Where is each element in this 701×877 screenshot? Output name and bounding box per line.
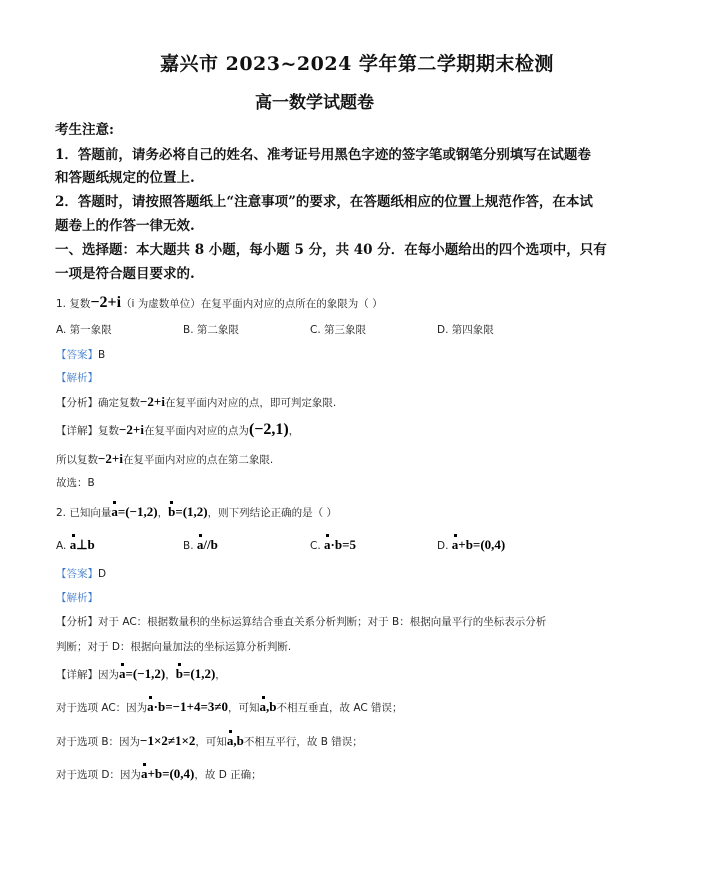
ac-expr: a·b=−1+4=3≠0 bbox=[147, 699, 228, 715]
q2-suffix: ，则下列结论正确的是（ ） bbox=[208, 507, 337, 519]
d-text-a: 对于选项 D：因为 bbox=[56, 769, 141, 781]
q1-choose: 故选：B bbox=[56, 475, 95, 490]
option-expr: a//b bbox=[197, 537, 218, 553]
q1-xiangjie-text-b: 在复平面内对应的点为 bbox=[144, 425, 249, 437]
notice-item2-line1: 2．答题时，请按照答题纸上“注意事项”的要求，在答题纸相应的位置上规范作答，在本… bbox=[55, 190, 593, 210]
q1-option-a: A. 第一象限 bbox=[56, 322, 112, 337]
section-heading-line2: 一项是符合题目要求的. bbox=[55, 262, 195, 282]
q2-option-b-analysis: 对于选项 B：因为−1×2≠1×2，可知a,b不相互平行，故 B 错误； bbox=[56, 733, 363, 749]
q1-expr: −2+i bbox=[90, 294, 121, 311]
q2-stem: 2. 已知向量a=(−1,2)，b=(1,2)，则下列结论正确的是（ ） bbox=[56, 504, 337, 520]
fenxi-tag: 【分析】 bbox=[56, 616, 98, 628]
answer-tag: 【答案】 bbox=[56, 349, 98, 361]
option-label: C. bbox=[310, 540, 321, 552]
q2-fenxi-line2: 判断；对于 D：根据向量加法的坐标运算分析判断. bbox=[56, 639, 291, 654]
option-expr: a⊥b bbox=[70, 537, 95, 553]
q2-option-d-analysis: 对于选项 D：因为a+b=(0,4)，故 D 正确； bbox=[56, 766, 262, 782]
q2-analysis-tag: 【解析】 bbox=[56, 590, 98, 605]
notice-heading: 考生注意: bbox=[55, 118, 114, 138]
xiangjie-tag: 【详解】 bbox=[56, 669, 98, 681]
q2-fenxi-text: 对于 AC：根据数量积的坐标运算结合垂直关系分析判断；对于 B：根据向量平行的坐… bbox=[98, 616, 546, 628]
option-label: B. bbox=[183, 540, 194, 552]
q2-fenxi-line1: 【分析】对于 AC：根据数量积的坐标运算结合垂直关系分析判断；对于 B：根据向量… bbox=[56, 614, 546, 629]
q1-conclusion-expr: −2+i bbox=[98, 451, 123, 466]
option-label: D. bbox=[437, 540, 448, 552]
ac-text-c: 不相互垂直，故 AC 错误； bbox=[277, 702, 403, 714]
q1-stem: 1. 复数−2+i（i 为虚数单位）在复平面内对应的点所在的象限为（ ） bbox=[56, 294, 383, 312]
option-label: A. bbox=[56, 540, 66, 552]
q2-xiangjie: 【详解】因为a=(−1,2)，b=(1,2)， bbox=[56, 666, 226, 682]
ac-text-b: ，可知 bbox=[228, 702, 260, 714]
q2-prefix: 2. 已知向量 bbox=[56, 507, 111, 519]
b-text-c: 不相互平行，故 B 错误； bbox=[244, 736, 363, 748]
q2-option-c: C. a·b=5 bbox=[310, 537, 356, 553]
q2-xiangjie-vector-b: b=(1,2) bbox=[176, 666, 216, 682]
q1-point: (−2,1) bbox=[249, 421, 289, 438]
notice-item1-line1: 1．答题前，请务必将自己的姓名、准考证号用黑色字迹的签字笔或钢笔分别填写在试题卷 bbox=[55, 143, 591, 163]
q1-fenxi-text-a: 确定复数 bbox=[98, 397, 140, 409]
option-expr: a·b=5 bbox=[324, 537, 356, 553]
q1-conclusion: 所以复数−2+i在复平面内对应的点在第二象限. bbox=[56, 451, 273, 467]
q2-xiangjie-vector-a: a=(−1,2) bbox=[119, 666, 165, 682]
q1-option-b: B. 第二象限 bbox=[183, 322, 239, 337]
answer-tag: 【答案】 bbox=[56, 568, 98, 580]
ac-text-a: 对于选项 AC：因为 bbox=[56, 702, 147, 714]
q1-xiangjie-text-a: 复数 bbox=[98, 425, 119, 437]
q1-option-c: C. 第三象限 bbox=[310, 322, 366, 337]
fenxi-tag: 【分析】 bbox=[56, 397, 98, 409]
analysis-tag: 【解析】 bbox=[56, 592, 98, 604]
q2-answer-value: D bbox=[98, 568, 106, 580]
document-subtitle: 高一数学试题卷 bbox=[255, 88, 374, 113]
q1-fenxi-text-b: 在复平面内对应的点，即可判定象限. bbox=[165, 397, 336, 409]
q1-conclusion-text-a: 所以复数 bbox=[56, 454, 98, 466]
document-title: 嘉兴市 2023~2024 学年第二学期期末检测 bbox=[160, 49, 554, 76]
q1-answer-value: B bbox=[98, 349, 105, 361]
q1-analysis-tag: 【解析】 bbox=[56, 370, 98, 385]
b-vectors: a,b bbox=[227, 733, 244, 749]
d-expr: a+b=(0,4) bbox=[141, 766, 194, 782]
b-text-a: 对于选项 B：因为 bbox=[56, 736, 140, 748]
q2-xiangjie-sep: ， bbox=[165, 669, 176, 681]
q1-conclusion-text-b: 在复平面内对应的点在第二象限. bbox=[123, 454, 273, 466]
q1-xiangjie-text-c: ， bbox=[289, 425, 300, 437]
b-text-b: ，可知 bbox=[195, 736, 227, 748]
option-expr: a+b=(0,4) bbox=[452, 537, 505, 553]
notice-item1-line2: 和答题纸规定的位置上. bbox=[55, 166, 195, 186]
q2-option-d: D. a+b=(0,4) bbox=[437, 537, 505, 553]
q1-option-d: D. 第四象限 bbox=[437, 322, 494, 337]
q2-option-ac-analysis: 对于选项 AC：因为a·b=−1+4=3≠0，可知a,b不相互垂直，故 AC 错… bbox=[56, 699, 403, 715]
notice-item2-line2: 题卷上的作答一律无效. bbox=[55, 214, 195, 234]
q1-fenxi-expr: −2+i bbox=[140, 394, 165, 409]
analysis-tag: 【解析】 bbox=[56, 372, 98, 384]
q2-option-a: A. a⊥b bbox=[56, 537, 95, 553]
d-text-b: ，故 D 正确； bbox=[194, 769, 261, 781]
b-expr: −1×2≠1×2 bbox=[140, 733, 195, 748]
q2-sep: ， bbox=[158, 507, 169, 519]
q2-vector-b: b=(1,2) bbox=[168, 504, 208, 520]
q2-vector-a: a=(−1,2) bbox=[111, 504, 157, 520]
ac-vectors: a,b bbox=[260, 699, 277, 715]
xiangjie-tag: 【详解】 bbox=[56, 425, 98, 437]
q2-xiangjie-text-a: 因为 bbox=[98, 669, 119, 681]
exam-document-page: 嘉兴市 2023~2024 学年第二学期期末检测 高一数学试题卷 考生注意: 1… bbox=[0, 0, 701, 877]
q1-fenxi: 【分析】确定复数−2+i在复平面内对应的点，即可判定象限. bbox=[56, 394, 336, 410]
q2-answer: 【答案】D bbox=[56, 566, 106, 581]
q1-prefix: 1. 复数 bbox=[56, 298, 90, 310]
q2-option-b: B. a//b bbox=[183, 537, 218, 553]
q1-answer: 【答案】B bbox=[56, 347, 105, 362]
q1-suffix: （i 为虚数单位）在复平面内对应的点所在的象限为（ ） bbox=[121, 298, 383, 310]
section-heading-line1: 一、选择题：本大题共 8 小题，每小题 5 分，共 40 分．在每小题给出的四个… bbox=[55, 238, 607, 258]
q1-xiangjie-expr: −2+i bbox=[119, 422, 144, 437]
q1-xiangjie: 【详解】复数−2+i在复平面内对应的点为(−2,1)， bbox=[56, 421, 299, 439]
q2-xiangjie-end: ， bbox=[215, 669, 226, 681]
